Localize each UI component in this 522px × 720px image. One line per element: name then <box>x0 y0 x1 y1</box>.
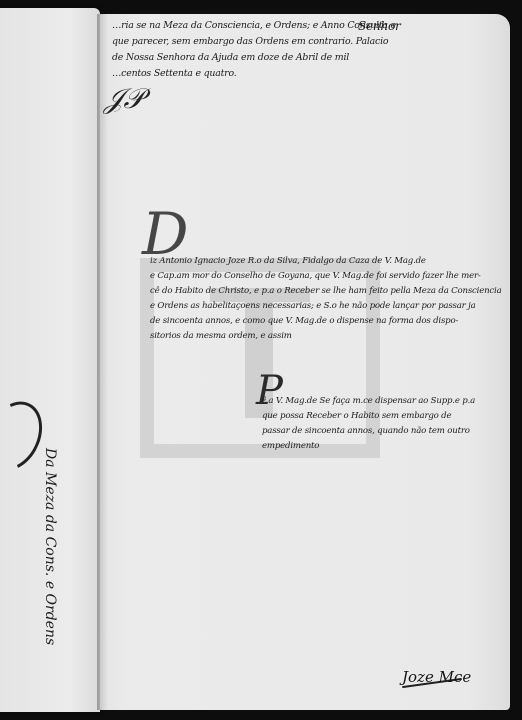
despacho-line: passar de sincoenta annos, quando não te… <box>262 424 475 439</box>
signature: Joze Mce <box>402 668 471 686</box>
top-line: …centos Settenta e quatro. <box>112 66 396 82</box>
marginal-heading: Senhor <box>358 19 401 33</box>
top-text-block: …ria se na Meza da Consciencia, e Ordens… <box>112 18 396 82</box>
petition-line: cê do Habito de Christo, e p.a o Receber… <box>150 284 502 299</box>
petition-text: iz Antonio Ignacio Joze R.o da Silva, Fi… <box>150 254 502 344</box>
despacho-line: que possa Receber o Habito sem embargo d… <box>262 409 475 424</box>
despacho-line: empedimento <box>262 439 475 454</box>
monogram-signature: 𝒥𝒫 <box>104 82 144 116</box>
petition-line: e Ordens as habelitaçoens necessarias; e… <box>150 299 502 314</box>
top-line: de Nossa Senhora da Ajuda em doze de Abr… <box>112 50 396 66</box>
petition-line: e Cap.am mor do Conselho de Goyana, que … <box>150 269 502 284</box>
petition-line: sitorios da mesma ordem, e assim <box>150 329 502 344</box>
petition-line: iz Antonio Ignacio Joze R.o da Silva, Fi… <box>150 254 502 269</box>
despacho-text: ª a V. Mag.de Se faça m.ce dispensar ao … <box>262 394 475 454</box>
left-page-marginal-note: Da Meza da Cons. e Ordens <box>42 448 58 645</box>
right-page <box>100 14 510 710</box>
top-line: …ria se na Meza da Consciencia, e Ordens… <box>112 18 396 34</box>
despacho-line: ª a V. Mag.de Se faça m.ce dispensar ao … <box>262 394 475 409</box>
petition-line: de sincoenta annos, e como que V. Mag.de… <box>150 314 502 329</box>
top-line: que parecer, sem embargo das Ordens em c… <box>112 34 396 50</box>
